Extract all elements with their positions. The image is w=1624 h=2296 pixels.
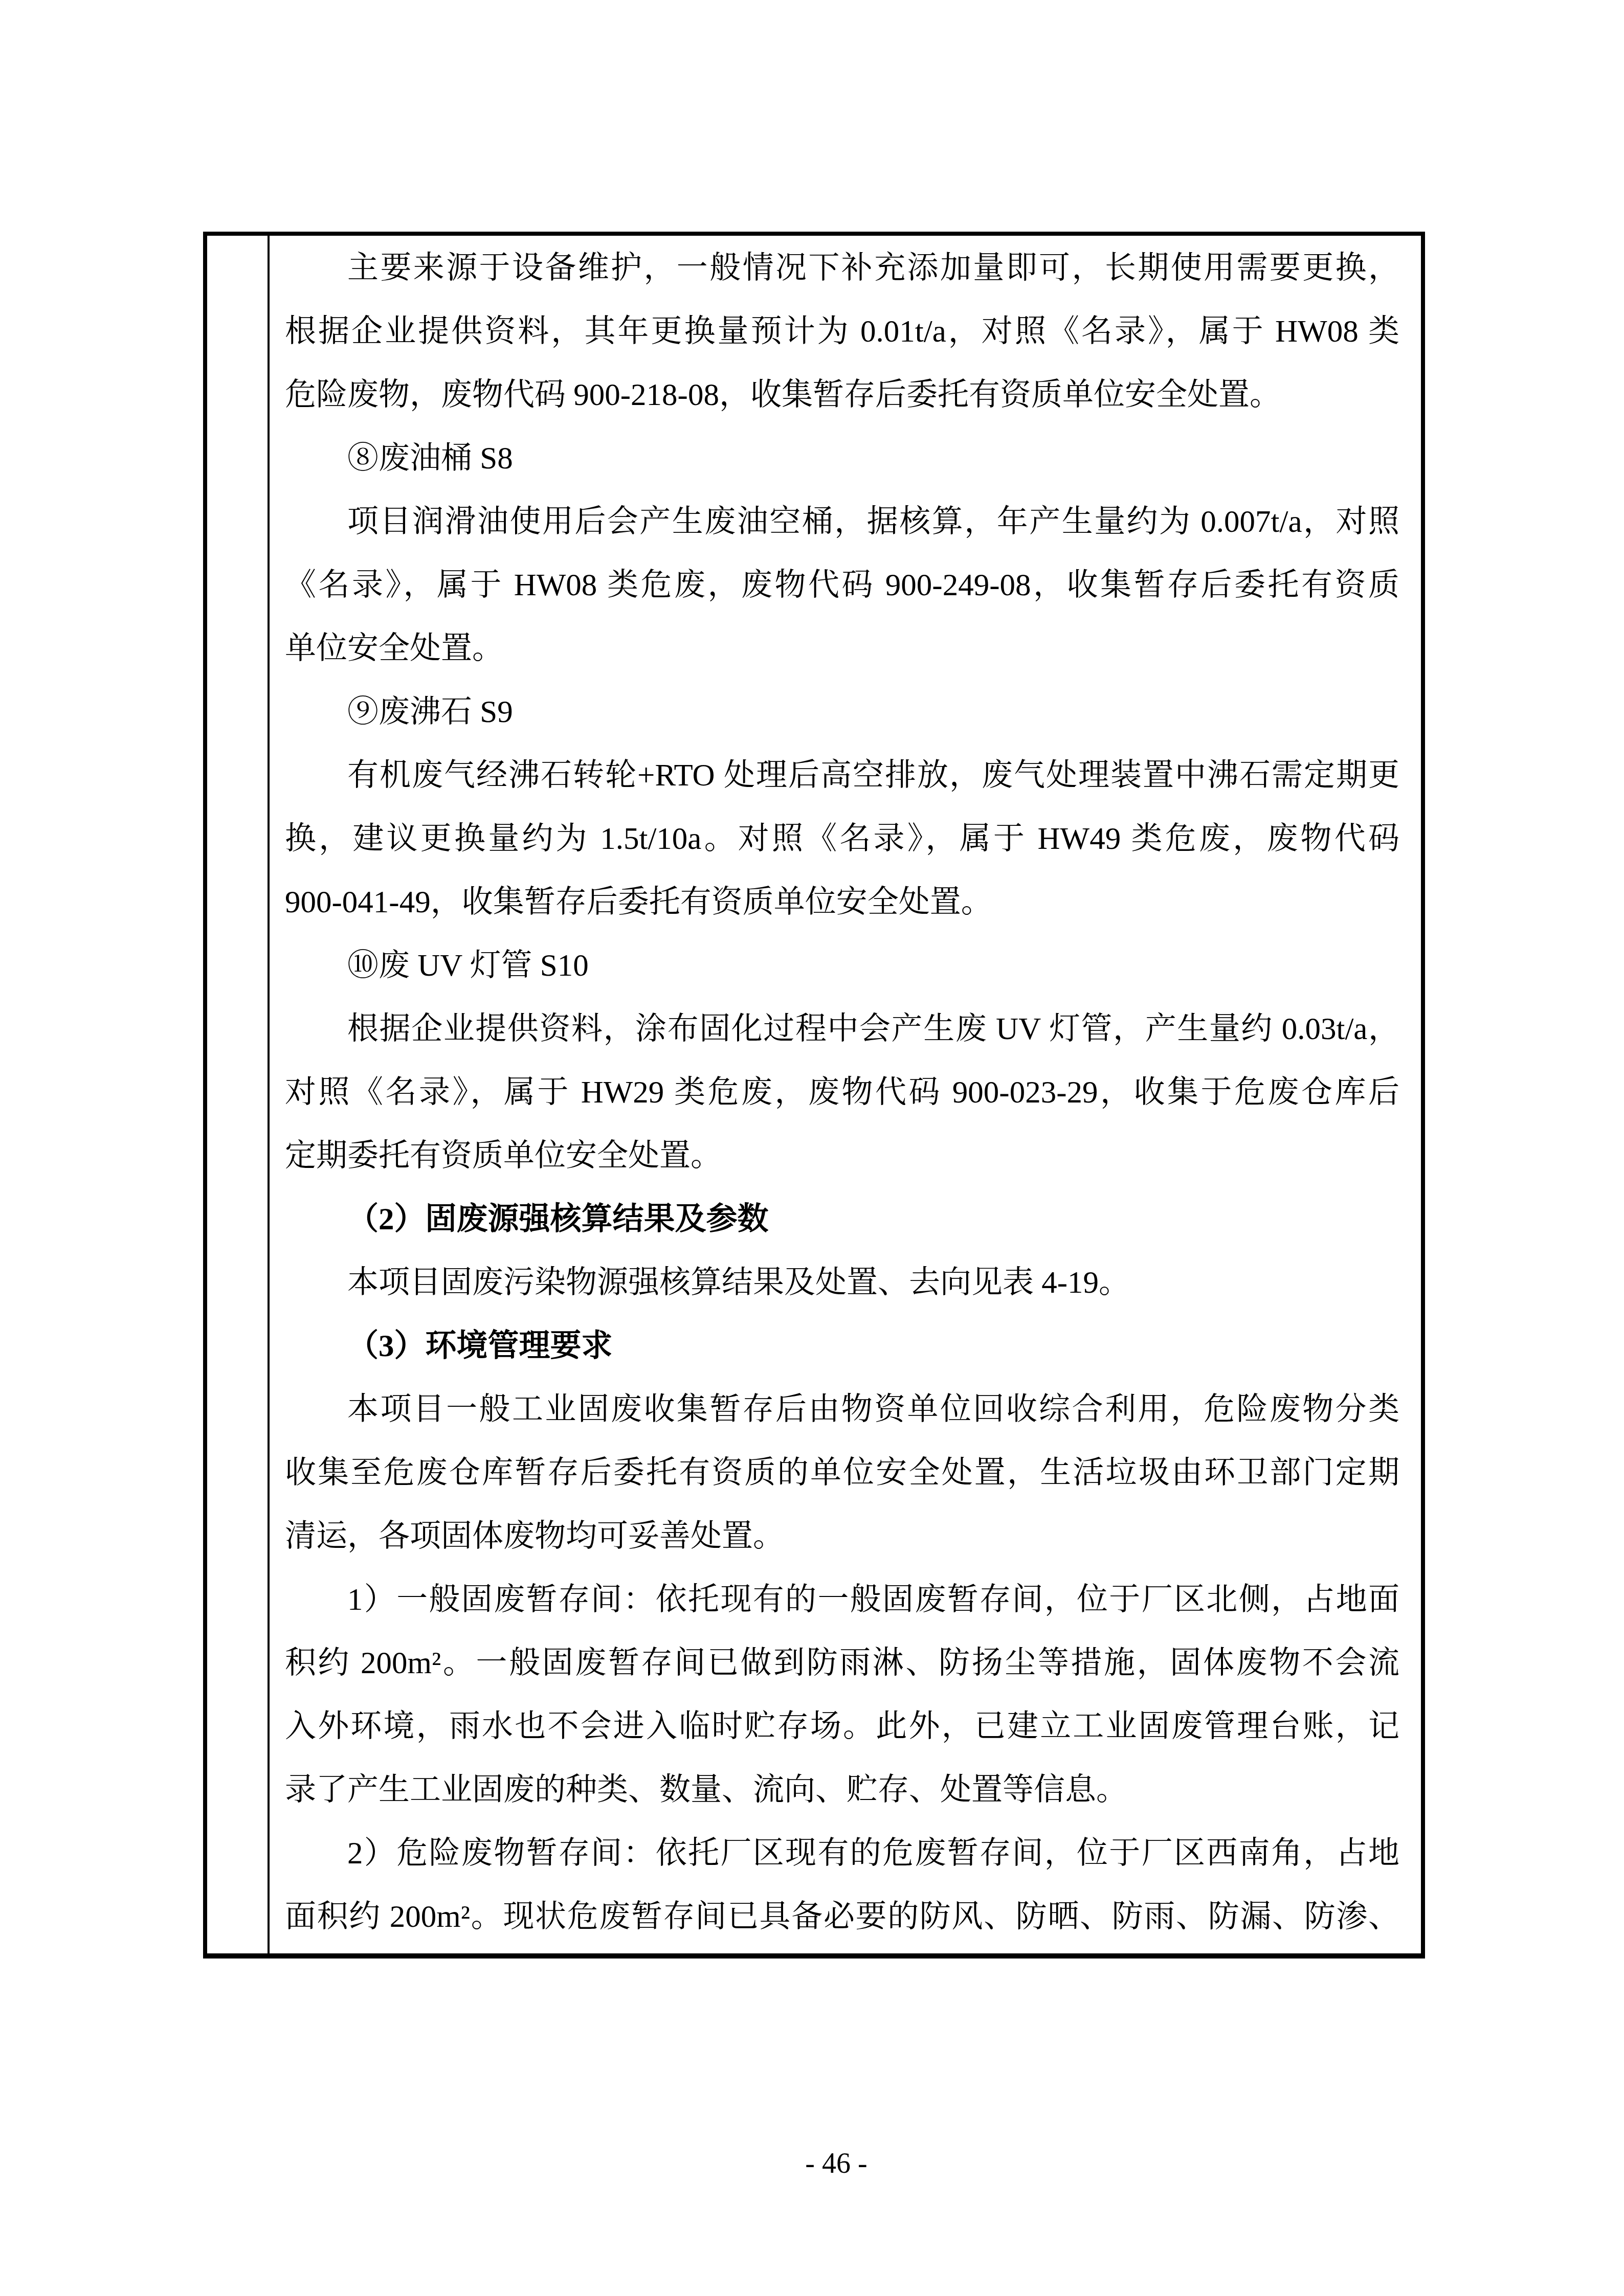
text-line: ⑧废油桶 S8 [285, 427, 1399, 490]
text-line: 对照《名录》，属于 HW29 类危废，废物代码 900-023-29，收集于危废… [285, 1061, 1399, 1124]
text-line: 定期委托有资质单位安全处置。 [285, 1124, 1399, 1188]
text-line: 本项目固废污染物源强核算结果及处置、去向见表 4-19。 [285, 1251, 1399, 1315]
text-line: 单位安全处置。 [285, 617, 1399, 681]
text-line: 有机废气经沸石转轮+RTO 处理后高空排放，废气处理装置中沸石需定期更 [285, 744, 1399, 807]
text-line: 根据企业提供资料，其年更换量预计为 0.01t/a，对照《名录》，属于 HW08… [285, 300, 1399, 364]
text-line: 1）一般固废暂存间：依托现有的一般固废暂存间，位于厂区北侧，占地面 [285, 1568, 1399, 1632]
text-line: 清运，各项固体废物均可妥善处置。 [285, 1505, 1399, 1568]
text-line: 本项目一般工业固废收集暂存后由物资单位回收综合利用，危险废物分类 [285, 1378, 1399, 1442]
text-line: 收集至危废仓库暂存后委托有资质的单位安全处置，生活垃圾由环卫部门定期 [285, 1442, 1399, 1505]
text-line: 900-041-49，收集暂存后委托有资质单位安全处置。 [285, 871, 1399, 934]
text-line: （3）环境管理要求 [285, 1315, 1399, 1378]
text-line: 项目润滑油使用后会产生废油空桶，据核算，年产生量约为 0.007t/a，对照 [285, 490, 1399, 554]
content-table: 主要来源于设备维护，一般情况下补充添加量即可，长期使用需要更换，根据企业提供资料… [203, 232, 1425, 1959]
text-line: 积约 200m²。一般固废暂存间已做到防雨淋、防扬尘等措施，固体废物不会流 [285, 1632, 1399, 1695]
text-line: 2）危险废物暂存间：依托厂区现有的危废暂存间，位于厂区西南角，占地 [285, 1822, 1399, 1885]
text-line: 换，建议更换量约为 1.5t/10a。对照《名录》，属于 HW49 类危废，废物… [285, 807, 1399, 871]
text-line: 危险废物，废物代码 900-218-08，收集暂存后委托有资质单位安全处置。 [285, 364, 1399, 427]
text-line: 主要来源于设备维护，一般情况下补充添加量即可，长期使用需要更换， [285, 237, 1399, 300]
text-line: 录了产生工业固废的种类、数量、流向、贮存、处置等信息。 [285, 1759, 1399, 1822]
text-line: 《名录》，属于 HW08 类危废，废物代码 900-249-08，收集暂存后委托… [285, 554, 1399, 617]
text-line: 面积约 200m²。现状危废暂存间已具备必要的防风、防晒、防雨、防漏、防渗、 [285, 1885, 1399, 1949]
text-line: 根据企业提供资料，涂布固化过程中会产生废 UV 灯管，产生量约 0.03t/a， [285, 998, 1399, 1061]
table-content-cell: 主要来源于设备维护，一般情况下补充添加量即可，长期使用需要更换，根据企业提供资料… [270, 236, 1421, 1953]
text-line: （2）固废源强核算结果及参数 [285, 1188, 1399, 1251]
document-page: 主要来源于设备维护，一般情况下补充添加量即可，长期使用需要更换，根据企业提供资料… [0, 0, 1624, 2296]
text-line: ⑨废沸石 S9 [285, 681, 1399, 744]
text-line: 入外环境，雨水也不会进入临时贮存场。此外，已建立工业固废管理台账，记 [285, 1695, 1399, 1759]
text-line: ⑩废 UV 灯管 S10 [285, 934, 1399, 998]
page-number: - 46 - [734, 2147, 939, 2180]
table-gutter-cell [207, 236, 270, 1953]
